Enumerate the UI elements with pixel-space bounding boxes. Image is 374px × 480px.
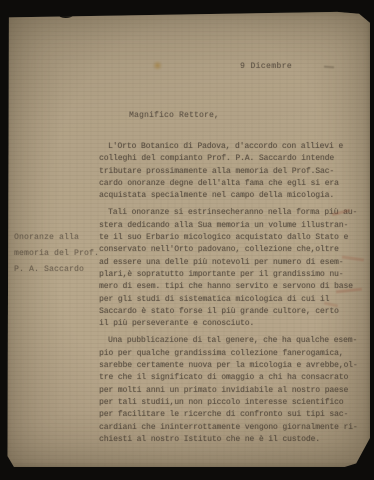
- typed-line: Saccardo è stato forse il più grande cul…: [99, 306, 367, 318]
- letter-date: 9 Dicembre: [240, 62, 292, 71]
- paragraph: L'Orto Botanico di Padova, d'accordo con…: [99, 141, 367, 202]
- typed-line: stera dedicando alla Sua memoria un volu…: [99, 220, 367, 232]
- typed-line: L'Orto Botanico di Padova, d'accordo con…: [99, 141, 367, 153]
- paper-stain: [152, 61, 163, 70]
- typed-line: te il suo Erbario micologico acquistato …: [99, 232, 367, 244]
- typed-line: Tali onoranze si estrinsecheranno nella …: [99, 207, 367, 219]
- letter-paper: 9 Dicembre Magnifico Rettore, Onoranze a…: [6, 11, 370, 467]
- letter-body: L'Orto Botanico di Padova, d'accordo con…: [99, 141, 367, 451]
- typed-line: plari,è sopratutto importante per il gra…: [99, 269, 367, 281]
- typed-line: cardo onoranze degne dell'alta fama che …: [99, 178, 367, 190]
- typed-line: per molti anni un primato invidiabile al…: [99, 385, 367, 397]
- typed-line: ad essere una delle più notevoli per num…: [99, 257, 367, 269]
- pencil-mark: [324, 66, 334, 69]
- typed-line: sarebbe certamente nuova per la micologi…: [99, 360, 367, 372]
- paragraph: Tali onoranze si estrinsecheranno nella …: [99, 207, 367, 330]
- margin-note-line: Onoranze alla: [14, 230, 99, 246]
- typed-line: pio per qualche grandissima collezione f…: [99, 348, 367, 360]
- scanned-letter-photo: 9 Dicembre Magnifico Rettore, Onoranze a…: [0, 0, 374, 480]
- margin-note-line: memoria del Prof.: [14, 246, 99, 262]
- typed-line: mero di esem. tipi che hanno servito e s…: [99, 281, 367, 293]
- typed-line: per gli studi di sistematica micologica …: [99, 294, 367, 306]
- typed-line: tre che il significato di omaggio a chi …: [99, 372, 367, 384]
- typed-line: conservato nell'Orto padovano, collezion…: [99, 244, 367, 256]
- margin-note-line: P. A. Saccardo: [14, 262, 99, 278]
- typed-line: chiesti al nostro Istituto che ne è il c…: [99, 434, 367, 446]
- typed-line: cardiani che ininterrottamente vengono g…: [99, 422, 367, 434]
- letter-salutation: Magnifico Rettore,: [129, 111, 219, 120]
- typed-line: tributare prossimamente alla memoria del…: [99, 166, 367, 178]
- typed-line: acquistata specialmente nel campo della …: [99, 190, 367, 202]
- typed-line: Una pubblicazione di tal genere, che ha …: [99, 335, 367, 347]
- margin-note: Onoranze allamemoria del Prof.P. A. Sacc…: [14, 230, 99, 278]
- paragraph: Una pubblicazione di tal genere, che ha …: [99, 335, 367, 446]
- typed-line: colleghi del compianto Prof. P.A. Saccar…: [99, 153, 367, 165]
- paper-edge-notch: [58, 9, 75, 18]
- typed-line: il più perseverante e conosciuto.: [99, 318, 367, 330]
- typed-line: per facilitare le ricerche di confronto …: [99, 409, 367, 421]
- typed-line: per tali studii,un non piccolo interesse…: [99, 397, 367, 409]
